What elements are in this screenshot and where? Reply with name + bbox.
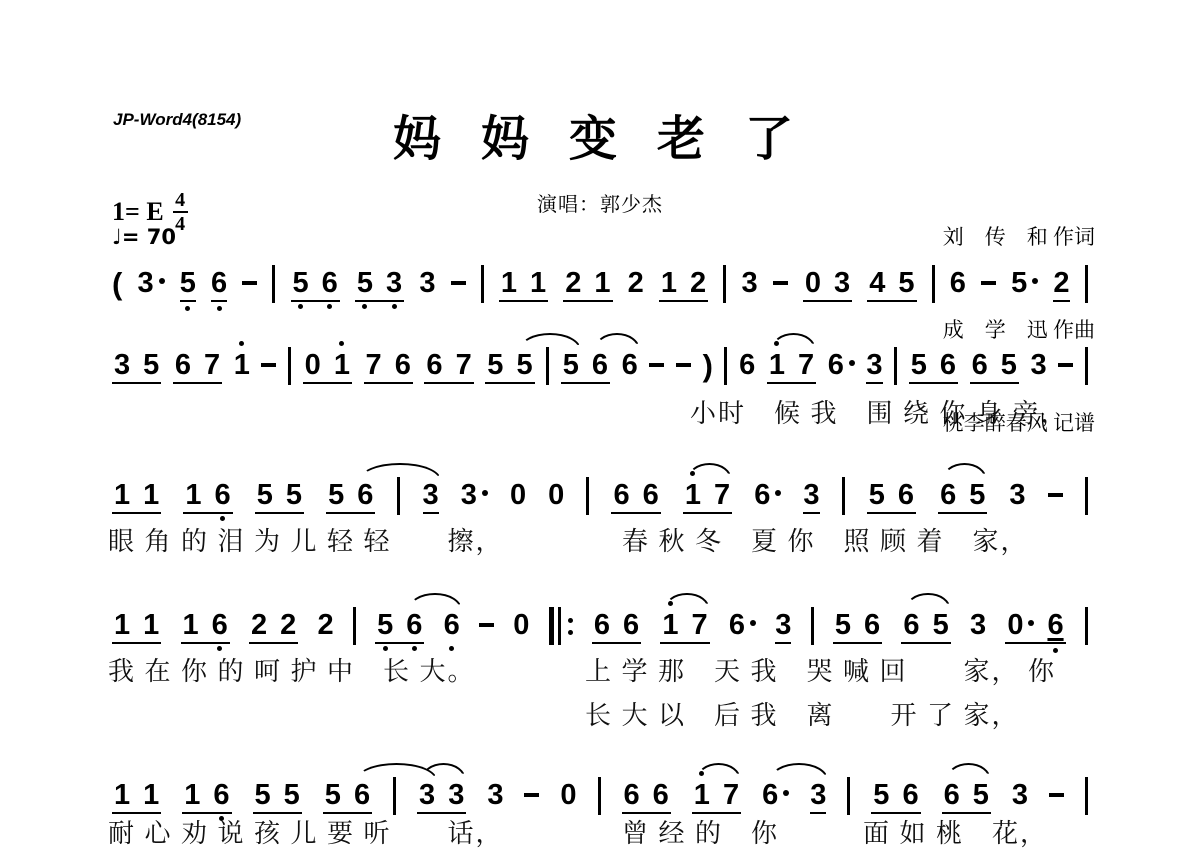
note: 7: [456, 350, 472, 380]
lyricist-credit: 刘 传 和 作词: [943, 222, 1095, 253]
note: 5: [255, 780, 271, 810]
note: 1: [114, 610, 130, 640]
rest-note: 0: [305, 350, 321, 380]
note: 6: [624, 780, 640, 810]
note: 5: [911, 350, 927, 380]
note: 2: [251, 610, 267, 640]
beamed-note-group: 17: [660, 610, 709, 644]
note: 5: [286, 480, 302, 510]
note: 1: [685, 480, 701, 510]
rest-note: 0: [805, 268, 821, 298]
note: 6: [613, 480, 629, 510]
note: 6: [902, 780, 918, 810]
beamed-note-group: 56: [871, 780, 920, 814]
note: 1: [661, 268, 677, 298]
note: 1: [114, 780, 130, 810]
note: 1: [501, 268, 517, 298]
barline: [393, 777, 396, 815]
rest-note: 0: [513, 610, 529, 640]
note: 2: [565, 268, 581, 298]
note: 5: [516, 350, 532, 380]
note: 7: [366, 350, 382, 380]
slur-arc: [408, 593, 461, 610]
note: 3: [970, 610, 986, 640]
notation-line: 11165556330066176356653: [112, 480, 1088, 522]
note: 6: [406, 610, 422, 640]
parenthesis: ): [703, 350, 713, 381]
barline: [598, 777, 601, 815]
duration-dash: [451, 281, 466, 285]
note: 1: [769, 350, 785, 380]
barline: [1085, 347, 1088, 385]
note: 6: [754, 480, 781, 510]
note: 6: [950, 268, 966, 298]
note: 5: [869, 480, 885, 510]
beamed-note-group: 56: [867, 480, 916, 514]
slur-arc: [770, 763, 829, 780]
beamed-note-group: 03: [803, 268, 852, 302]
note: 6: [354, 780, 370, 810]
augmentation-dot: [1028, 620, 1034, 626]
augmentation-dot: [159, 278, 165, 284]
note: 2: [628, 268, 644, 298]
note: 6: [211, 268, 227, 302]
repeat-thick-bar: [549, 607, 554, 645]
slur-arc: [905, 593, 950, 610]
note: 6: [212, 610, 228, 640]
beamed-note-group: 16: [183, 480, 232, 514]
beamed-note-group: 22: [249, 610, 298, 644]
note: 6: [653, 780, 669, 810]
beamed-note-group: 16: [182, 780, 231, 814]
barline: [1085, 265, 1088, 303]
note: 6: [828, 350, 855, 380]
augmentation-dot: [783, 790, 789, 796]
augmentation-dot: [750, 620, 756, 626]
beamed-note-group: 67: [424, 350, 473, 384]
barline: [894, 347, 897, 385]
note: 1: [694, 780, 710, 810]
beamed-note-group: 21: [563, 268, 612, 302]
note: 5: [835, 610, 851, 640]
note: 5: [973, 780, 989, 810]
beamed-note-group: 56: [375, 610, 424, 644]
note: 6: [739, 350, 755, 380]
note: 5: [487, 350, 503, 380]
augmentation-dot: [482, 490, 488, 496]
beamed-note-group: 65: [970, 350, 1019, 384]
note: 7: [723, 780, 739, 810]
augmentation-dot: [775, 490, 781, 496]
key-label: 1= E: [112, 197, 164, 227]
rest-note: 0: [548, 480, 564, 510]
notation-line: (35656533112121230345652: [112, 268, 1088, 310]
repeat-thin-bar: [558, 607, 561, 645]
beamed-note-group: 66: [592, 610, 641, 644]
repeat-start-sign: [549, 607, 573, 645]
beamed-note-group: 65: [938, 480, 987, 514]
note: 3: [810, 780, 826, 814]
barline: [481, 265, 484, 303]
duration-dash: [649, 363, 664, 367]
note: 5: [325, 780, 341, 810]
beamed-note-group: 16: [181, 610, 230, 644]
beamed-note-group: 56: [323, 780, 372, 814]
augmentation-dot: [1032, 278, 1038, 284]
barline: [842, 477, 845, 515]
note: 3: [423, 480, 439, 514]
rest-note: 0: [510, 480, 526, 510]
slur-arc: [519, 333, 581, 350]
note: 6: [426, 350, 442, 380]
beamed-note-group: 56: [291, 268, 340, 302]
note: 6: [395, 350, 411, 380]
beamed-note-group: 45: [867, 268, 916, 302]
note: 6: [592, 350, 608, 380]
note: 6: [444, 610, 460, 640]
beamed-note-group: 11: [112, 480, 161, 514]
barline: [546, 347, 549, 385]
beamed-note-group: 65: [942, 780, 991, 814]
note: 3: [419, 780, 435, 810]
note: 1: [594, 268, 610, 298]
beamed-note-group: 17: [683, 480, 732, 514]
note: 3: [386, 268, 402, 298]
duration-dash: [676, 363, 691, 367]
augmentation-dot: [849, 360, 855, 366]
note: 7: [798, 350, 814, 380]
credits-block: 刘 传 和 作词 成 学 迅 作曲 桃李醉春风 记谱: [943, 160, 1095, 501]
barline: [586, 477, 589, 515]
slur-arc: [946, 763, 991, 780]
note: 6: [898, 480, 914, 510]
note: 4: [869, 268, 885, 298]
barline: [724, 347, 727, 385]
note: 1: [183, 610, 199, 640]
duration-dash: [773, 281, 788, 285]
note: 1: [143, 610, 159, 640]
time-signature-top: 4: [175, 190, 185, 210]
notation-line: 3567101766755566)6176356653: [112, 350, 1088, 392]
note: 5: [563, 350, 579, 380]
beamed-note-group: 35: [112, 350, 161, 384]
beamed-note-group: 17: [692, 780, 741, 814]
note: 3: [1012, 780, 1028, 810]
beamed-note-group: 11: [499, 268, 548, 302]
sheet-music-page: JP-Word4(8154) 妈 妈 变 老 了 演唱：郭少杰 刘 传 和 作词…: [0, 0, 1200, 850]
barline: [1085, 607, 1088, 645]
lyric-line: 春 秋 冬 夏 你 照 顾 着 家，: [622, 526, 1029, 557]
note: 3: [775, 610, 791, 644]
note: 2: [318, 610, 334, 640]
note: 1: [185, 480, 201, 510]
beamed-note-group: 76: [364, 350, 413, 384]
beamed-note-group: 12: [659, 268, 708, 302]
note: 5: [328, 480, 344, 510]
note: 6: [215, 480, 231, 510]
note: 6: [864, 610, 880, 640]
duration-dash: [1048, 493, 1063, 497]
beamed-note-group: 11: [112, 610, 161, 644]
barline: [353, 607, 356, 645]
note: 2: [280, 610, 296, 640]
barline: [932, 265, 935, 303]
beamed-note-group: 55: [253, 780, 302, 814]
barline: [723, 265, 726, 303]
note: 5: [257, 480, 273, 510]
note: 6: [762, 780, 789, 810]
slur-arc: [421, 763, 466, 780]
note: 7: [204, 350, 220, 380]
beamed-note-group: 66: [622, 780, 671, 814]
note: 5: [898, 268, 914, 298]
note: 3: [461, 480, 488, 510]
note: 1: [143, 480, 159, 510]
note: 1: [530, 268, 546, 298]
beamed-note-group: 56: [561, 350, 610, 384]
note: 2: [1053, 268, 1069, 302]
note: 5: [969, 480, 985, 510]
note: 3: [137, 268, 164, 298]
duration-dash: [1049, 793, 1064, 797]
beamed-note-group: 33: [417, 780, 466, 814]
barline: [1085, 477, 1088, 515]
note: 5: [933, 610, 949, 640]
repeat-dots: [568, 618, 573, 635]
note: 5: [1011, 268, 1038, 298]
beamed-note-group: 55: [485, 350, 534, 384]
barline: [288, 347, 291, 385]
beamed-note-group: 17: [767, 350, 816, 384]
note: 6: [944, 780, 960, 810]
note: 6: [623, 610, 639, 640]
barline: [811, 607, 814, 645]
beamed-note-group: 56: [833, 610, 882, 644]
duration-dash: [981, 281, 996, 285]
notation-line: 111622256606617635665306: [112, 610, 1088, 652]
note: 5: [143, 350, 159, 380]
note: 1: [662, 610, 678, 640]
note: 3: [448, 780, 464, 810]
lyric-line: 长 大 以 后 我 离 开 了 家，: [585, 700, 1020, 731]
beamed-note-group: 56: [909, 350, 958, 384]
note: 5: [293, 268, 309, 298]
barline: [397, 477, 400, 515]
lyric-line: 小时 候 我 围 绕 你 身 旁，: [690, 398, 1069, 429]
note: 3: [834, 268, 850, 298]
note: 1: [234, 350, 250, 380]
note: 6: [175, 350, 191, 380]
notation-line: 11165556333066176356653: [112, 780, 1088, 822]
slur-arc: [356, 763, 437, 780]
note: 6: [643, 480, 659, 510]
note: 2: [690, 268, 706, 298]
beamed-note-group: 06: [1005, 610, 1065, 644]
note: 5: [357, 268, 373, 298]
duration-dash: [524, 793, 539, 797]
lyric-line: 眼 角 的 泪 为 儿 轻 轻 擦，: [108, 526, 504, 557]
note: 7: [714, 480, 730, 510]
note: 3: [1031, 350, 1047, 380]
note: 3: [114, 350, 130, 380]
note: 6: [940, 480, 956, 510]
note: 5: [1001, 350, 1017, 380]
beamed-note-group: 67: [173, 350, 222, 384]
lyric-line: 曾 经 的 你 面 如 桃 花，: [622, 818, 1048, 849]
note: 3: [741, 268, 757, 298]
note: 3: [803, 480, 819, 514]
lyric-line: 耐 心 劝 说 孩 儿 要 听 话，: [108, 818, 504, 849]
note: 6: [1047, 610, 1063, 640]
note: 6: [903, 610, 919, 640]
composer-credit: 成 学 迅 作曲: [943, 315, 1095, 346]
note: 1: [143, 780, 159, 810]
lyric-line: 上 学 那 天 我 哭 喊 回 家， 你: [585, 656, 1056, 687]
barline: [1085, 777, 1088, 815]
note: 3: [419, 268, 435, 298]
duration-dash: [479, 623, 494, 627]
barline: [847, 777, 850, 815]
note: 6: [622, 350, 638, 380]
lyric-line: 我 在 你 的 呵 护 中 长 大。: [108, 656, 476, 687]
duration-dash: [261, 363, 276, 367]
note: 6: [594, 610, 610, 640]
barline: [272, 265, 275, 303]
slur-arc: [594, 333, 640, 350]
beamed-note-group: 66: [611, 480, 660, 514]
beamed-note-group: 11: [112, 780, 161, 814]
note: 1: [184, 780, 200, 810]
note: 3: [487, 780, 503, 810]
note: 6: [357, 480, 373, 510]
duration-dash: [1058, 363, 1073, 367]
note: 5: [284, 780, 300, 810]
rest-note: 0: [560, 780, 576, 810]
beamed-note-group: 01: [303, 350, 352, 384]
note: 3: [1009, 480, 1025, 510]
note: 6: [940, 350, 956, 380]
page-title: 妈 妈 变 老 了: [0, 100, 1200, 169]
duration-dash: [242, 281, 257, 285]
note: 6: [729, 610, 756, 640]
note: 3: [866, 350, 882, 384]
note: 1: [114, 480, 130, 510]
rest-note: 0: [1007, 610, 1034, 640]
parenthesis: (: [112, 268, 122, 299]
note: 5: [873, 780, 889, 810]
note: 6: [972, 350, 988, 380]
note: 5: [377, 610, 393, 640]
tempo-marking: ♩= 70: [112, 225, 176, 249]
beamed-note-group: 65: [901, 610, 950, 644]
note: 6: [213, 780, 229, 810]
note: 6: [322, 268, 338, 298]
note: 7: [692, 610, 708, 640]
note: 5: [180, 268, 196, 302]
beamed-note-group: 55: [255, 480, 304, 514]
beamed-note-group: 56: [326, 480, 375, 514]
beamed-note-group: 53: [355, 268, 404, 302]
time-signature-bottom: 4: [175, 214, 185, 234]
note: 1: [334, 350, 350, 380]
